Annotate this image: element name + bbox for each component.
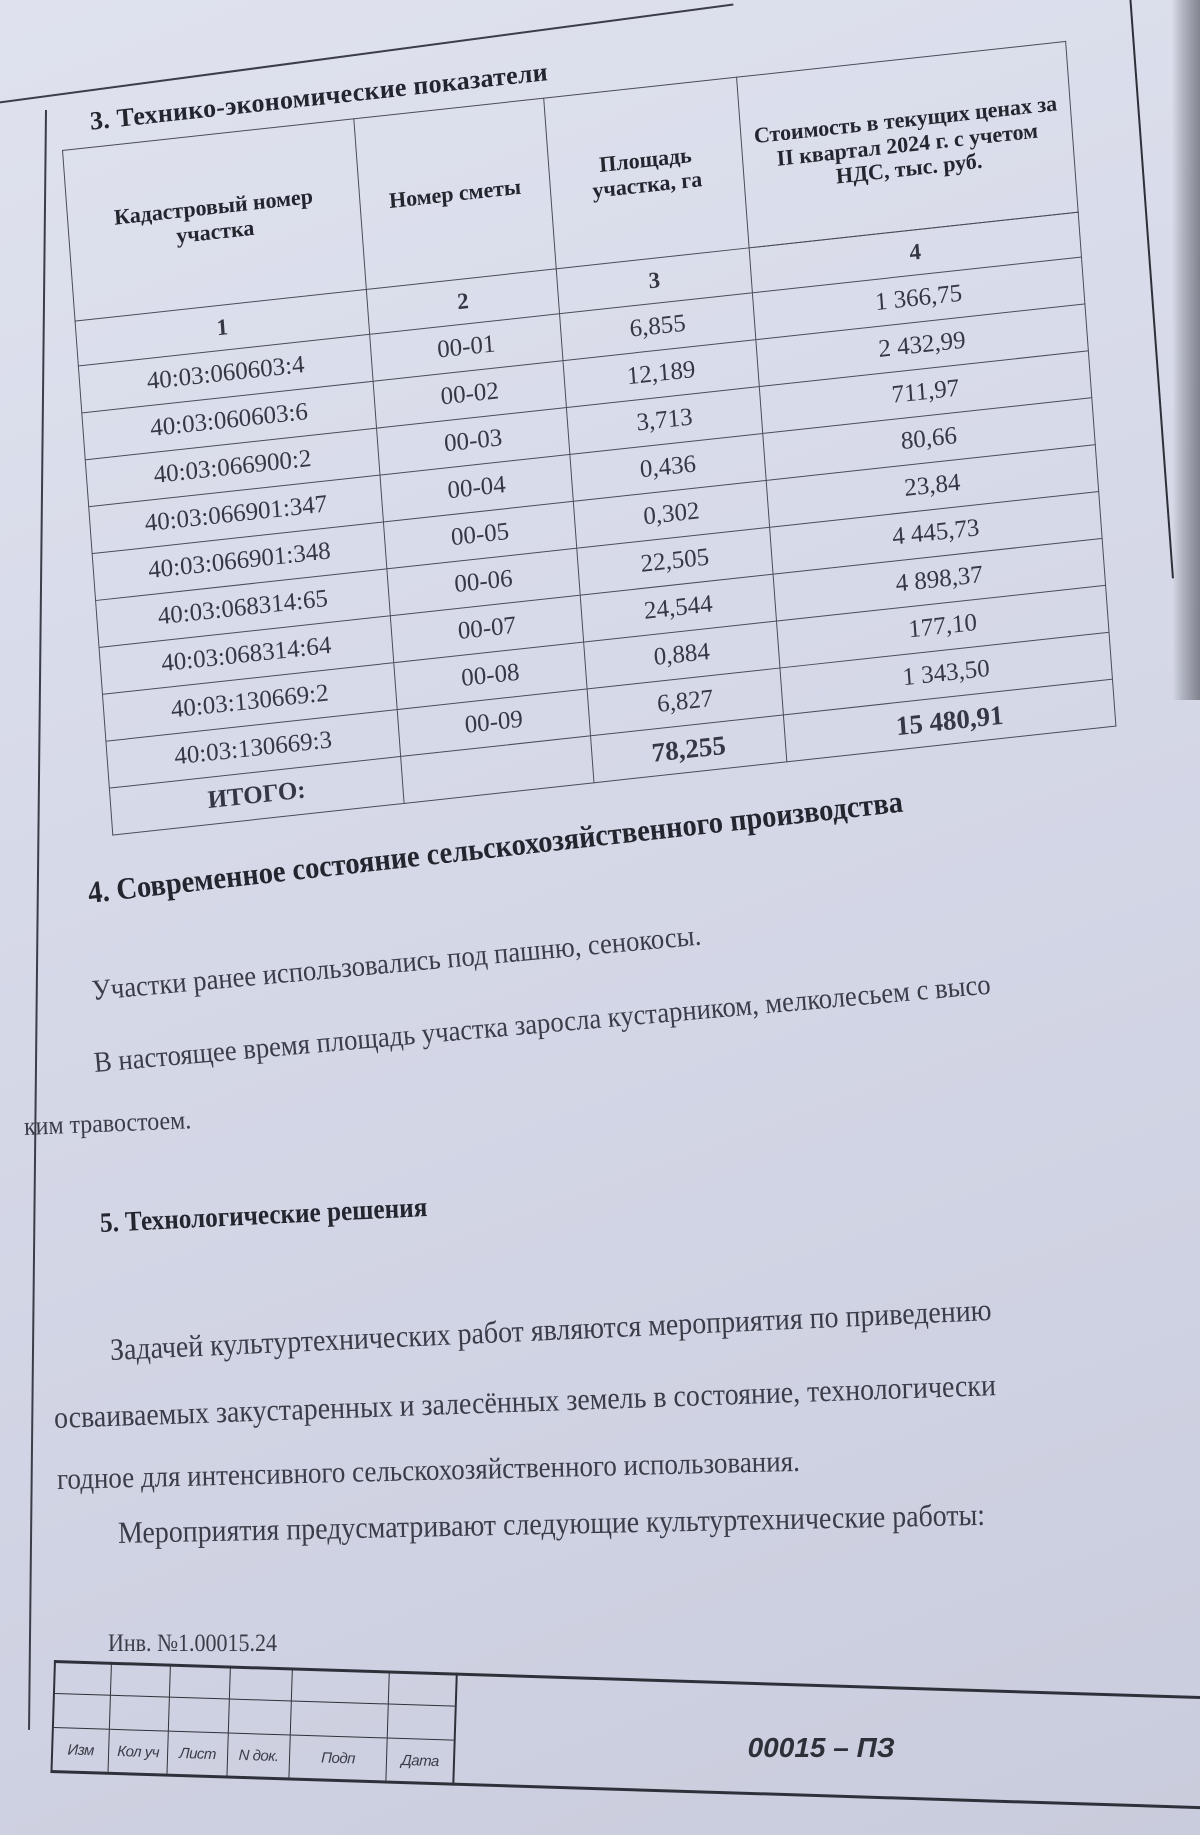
- stamp-column-label: Кол уч: [109, 1730, 169, 1774]
- stamp-empty-cell: [229, 1700, 292, 1736]
- stamp-empty-cell: [230, 1666, 293, 1702]
- section-4-paragraph: Участки ранее использовались под пашню, …: [91, 920, 703, 1008]
- stamp-column-label: Дата: [386, 1739, 453, 1783]
- stamp-column-label: Лист: [167, 1732, 228, 1776]
- background-edge: [1172, 0, 1200, 700]
- stamp-column-label: Изм: [53, 1728, 110, 1772]
- section-5-paragraph: Задачей культуртехнических работ являютс…: [109, 1292, 992, 1368]
- stamp-empty-cell: [292, 1668, 390, 1705]
- stamp-column-label: Подп: [289, 1735, 387, 1780]
- section-5-title: 5. Технологические решения: [99, 1192, 428, 1240]
- stamp-empty-cell: [55, 1660, 112, 1696]
- header-estimate-number: Номер сметы: [354, 98, 557, 289]
- stamp-empty-cell: [388, 1705, 455, 1741]
- inventory-number: Инв. №1.00015.24: [108, 1630, 277, 1658]
- stamp-column-label: N док.: [227, 1734, 290, 1778]
- page-frame-right: [1128, 0, 1174, 578]
- title-block-stamp: ИзмКол учЛистN док.ПодпДата 00015 – ПЗ: [50, 1660, 1200, 1808]
- technical-economic-section: 3. Технико-экономические показатели Када…: [62, 42, 1106, 836]
- stamp-empty-cell: [111, 1662, 171, 1698]
- section-4-paragraph: ким травостоем.: [23, 1105, 191, 1142]
- stamp-empty-cell: [110, 1696, 170, 1732]
- section-5-paragraph: годное для интенсивного сельскохозяйстве…: [57, 1445, 801, 1497]
- stamp-empty-cell: [291, 1701, 389, 1738]
- header-cadastral-number: Кадастровый номер участка: [63, 119, 367, 321]
- stamp-empty-cell: [389, 1671, 456, 1707]
- section-5-paragraph: Мероприятия предусматривают следующие ку…: [118, 1497, 986, 1551]
- stamp-empty-cell: [54, 1694, 111, 1730]
- technical-economic-table: Кадастровый номер участка Номер сметы Пл…: [62, 41, 1116, 836]
- document-code: 00015 – ПЗ: [748, 1732, 895, 1764]
- stamp-empty-cell: [170, 1664, 231, 1700]
- stamp-empty-cell: [169, 1698, 230, 1734]
- stamp-bottom-line: [50, 1770, 1200, 1809]
- header-plot-area: Площадь участка, га: [544, 77, 749, 269]
- stamp-grid: ИзмКол учЛистN док.ПодпДата: [50, 1660, 457, 1786]
- document-photo: 3. Технико-экономические показатели Када…: [0, 0, 1200, 1835]
- page-frame-left: [28, 110, 47, 1730]
- section-5-paragraph: осваиваемых закустаренных и залесённых з…: [53, 1367, 996, 1436]
